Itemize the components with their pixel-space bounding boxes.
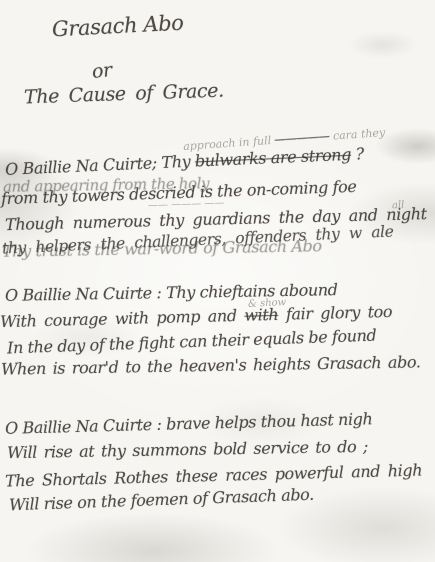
poem-title: Grasach Abo xyxy=(52,13,184,41)
poem-title-or: or xyxy=(91,61,113,82)
poem-line: O Baillie Na Cuirte : Thy chieftains abo… xyxy=(5,282,338,304)
manuscript-page: Grasach Abo or The Cause of Grace. appro… xyxy=(0,0,435,562)
annotation-text: cara they xyxy=(329,126,386,143)
line-text: With courage with pomp and xyxy=(0,306,245,331)
interlinear-annotation: & show xyxy=(248,298,287,310)
poem-line: Will rise at thy summons bold service to… xyxy=(7,439,368,461)
poem-line: In the day of the fight can their equals… xyxy=(7,328,377,357)
line-text: ? xyxy=(351,144,365,164)
poem-line: When is roar'd to the heaven's heights G… xyxy=(1,354,421,377)
line-text: fair glory too xyxy=(278,302,392,324)
poem-line: O Baillie Na Cuirte : brave helps thou h… xyxy=(5,411,373,437)
poem-subtitle: The Cause of Grace. xyxy=(24,82,224,108)
poem-line: The Shortals Rothes these races powerful… xyxy=(5,463,422,490)
poem-line: Will rise on the foemen of Grasach abo. xyxy=(9,487,314,514)
interlinear-annotation: all xyxy=(392,201,405,212)
annotation-struck-text: ————— xyxy=(274,130,330,147)
